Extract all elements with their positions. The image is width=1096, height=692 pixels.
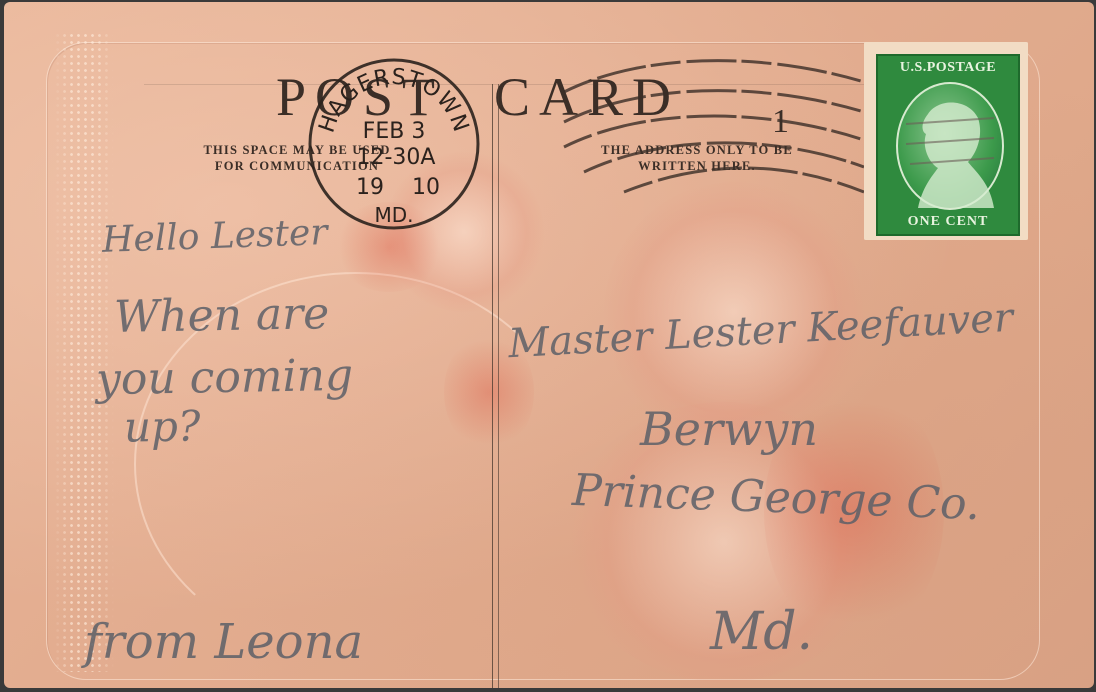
postmark-year-right: 10 (412, 175, 440, 200)
signature: from Leona (84, 614, 363, 670)
stamp-face: U.S.POSTAGE ONE CENT (876, 54, 1020, 236)
postcard-back: POST CARD THIS SPACE MAY BE USED FOR COM… (4, 2, 1094, 688)
postmark-year-left: 19 (356, 175, 384, 200)
postmark: HAGERSTOWN FEB 3 12-30A 19 10 MD. (304, 54, 484, 234)
message-line: up? (124, 401, 201, 451)
stamp-bottom-text: ONE CENT (878, 214, 1018, 230)
postage-stamp: U.S.POSTAGE ONE CENT (864, 42, 1028, 240)
message-line: When are (114, 288, 330, 343)
postmark-time: 12-30A (357, 145, 436, 170)
center-divider (492, 84, 499, 688)
address-line-town: Berwyn (640, 402, 818, 456)
embossed-dot-pattern (54, 32, 114, 672)
postmark-date: FEB 3 (363, 119, 426, 144)
stamp-top-text: U.S.POSTAGE (878, 60, 1018, 76)
address-line-state: Md. (710, 602, 813, 662)
postmark-state: MD. (374, 203, 413, 227)
franklin-portrait-icon (896, 82, 1004, 210)
message-line: you coming (96, 350, 354, 405)
machine-cancel-lines: 1 (524, 42, 884, 222)
cancel-number: 1 (772, 103, 789, 140)
message-line: Hello Lester (101, 212, 328, 261)
